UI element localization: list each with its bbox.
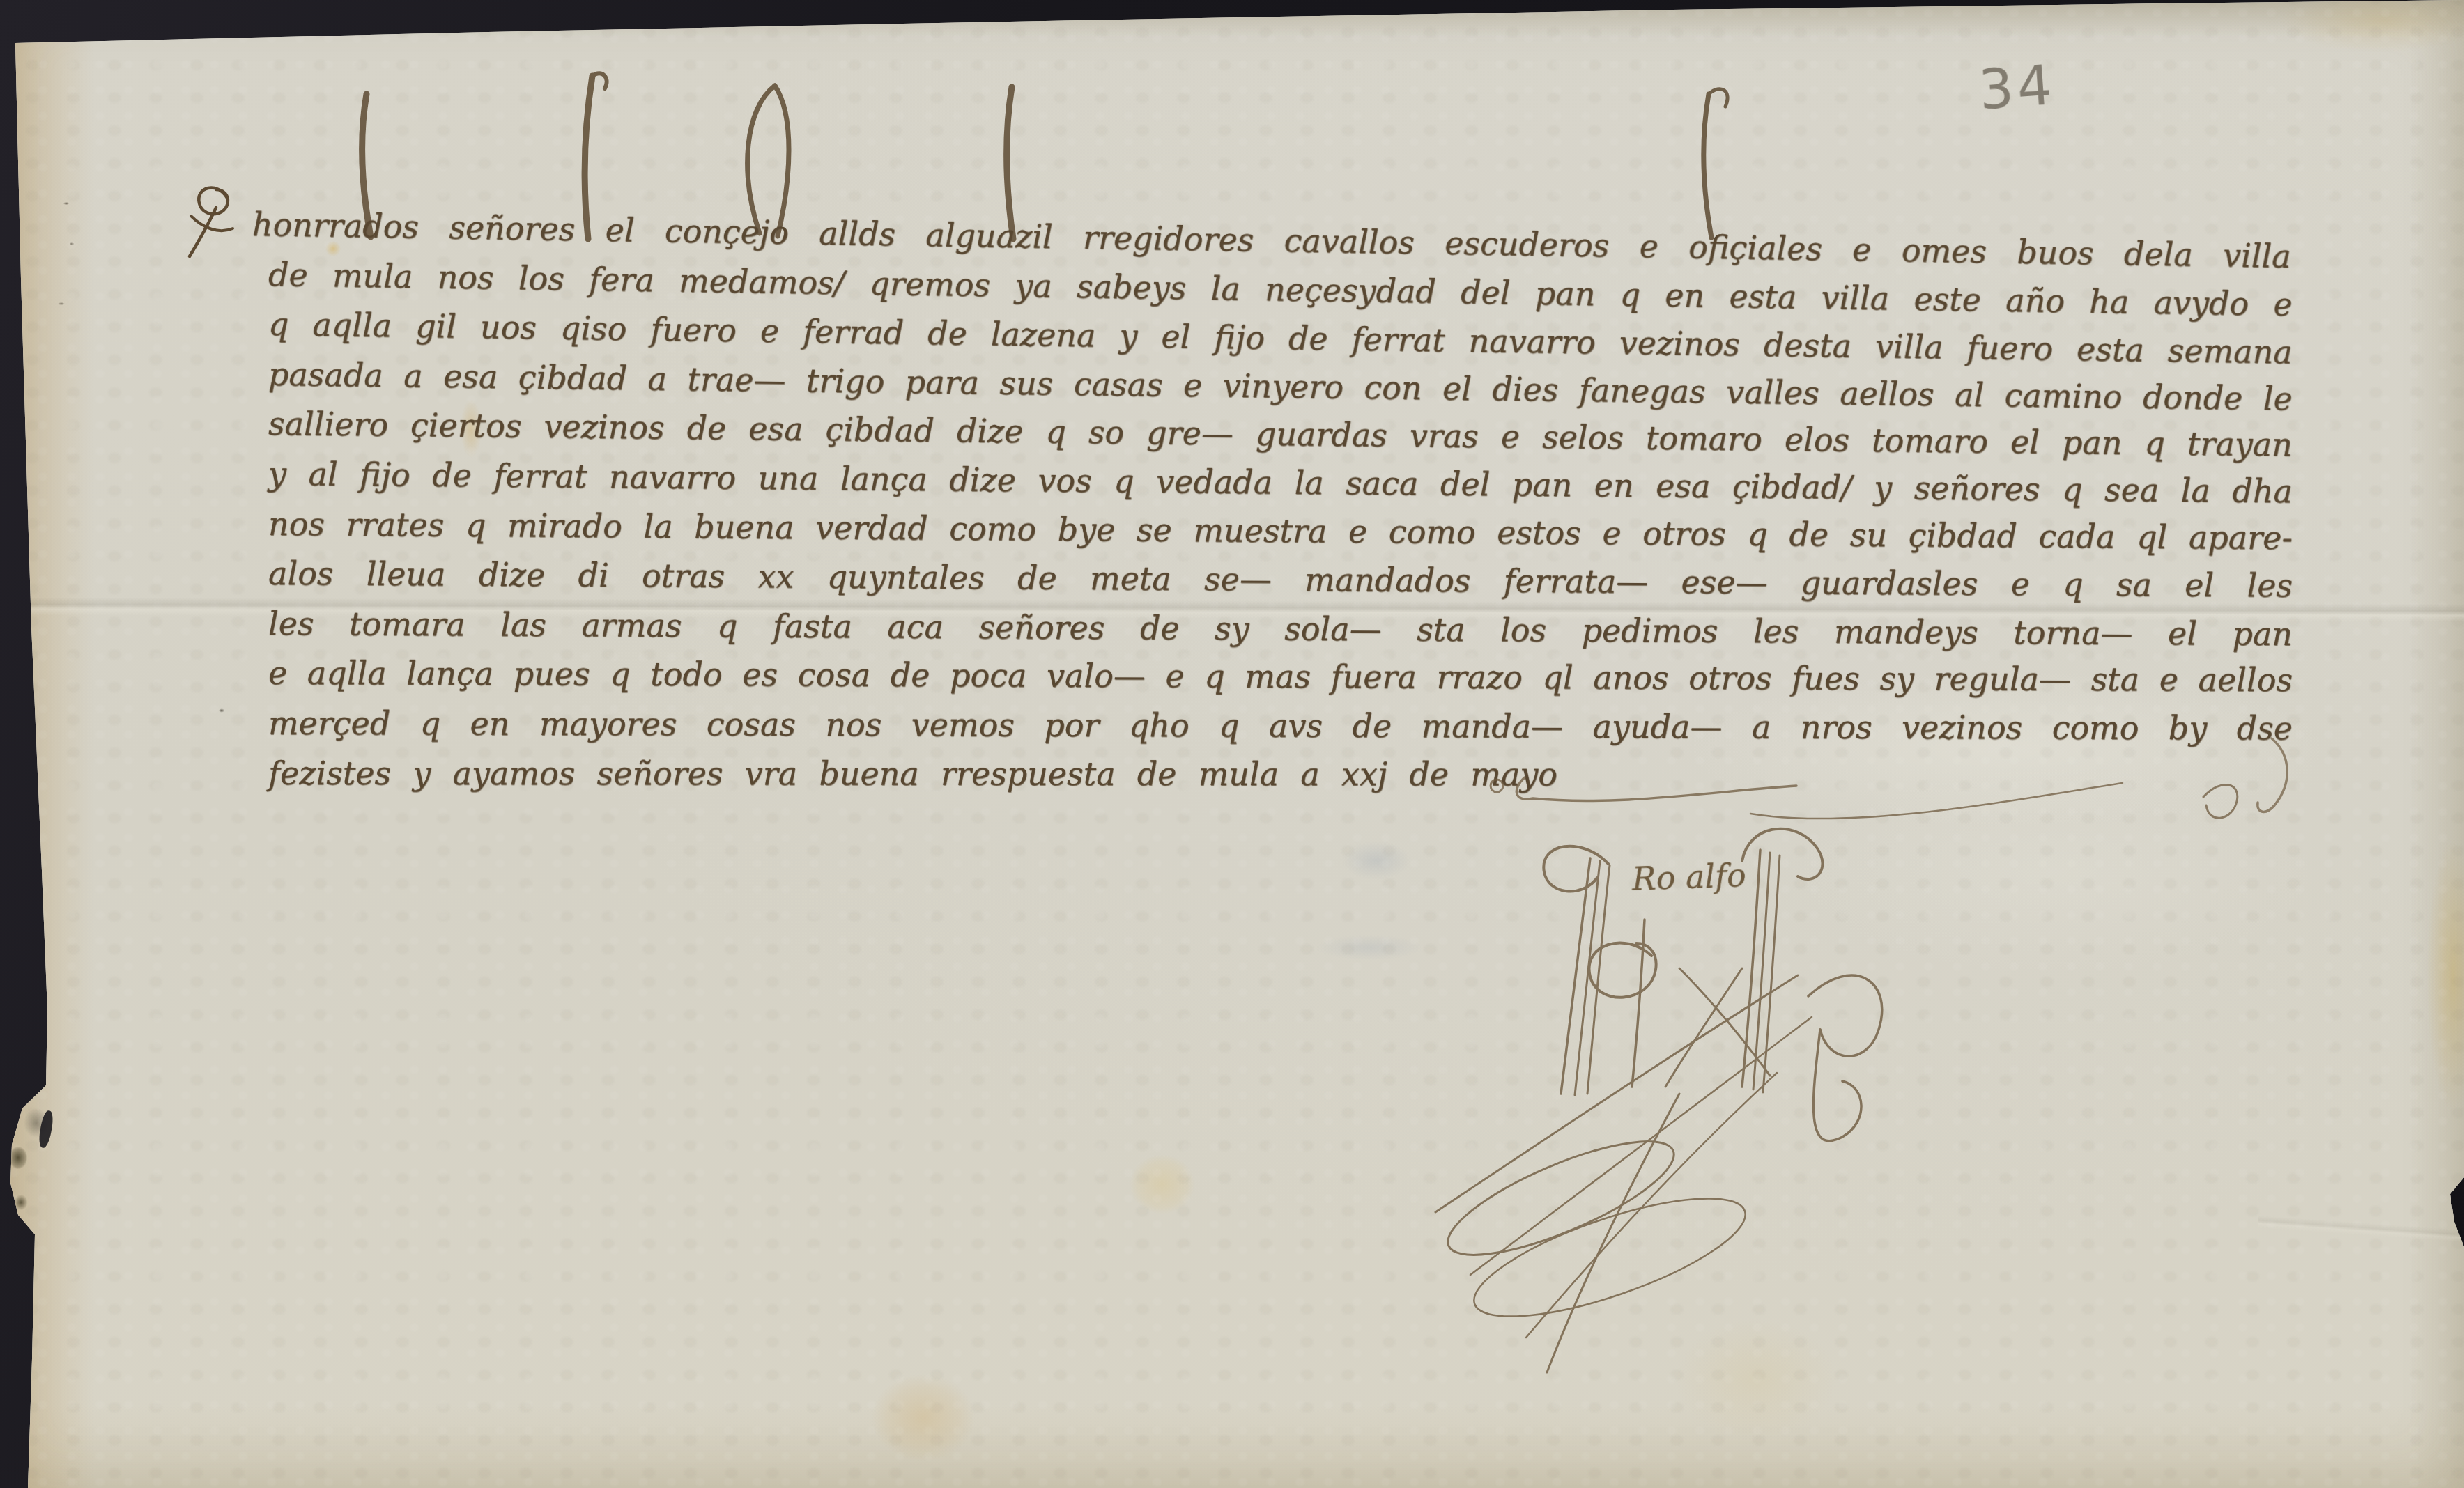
line-end-flourish xyxy=(2251,731,2313,829)
paper-tear xyxy=(37,1110,54,1149)
page-number-pencil: 34 xyxy=(1977,59,2056,118)
invocation-cross-icon xyxy=(183,183,249,263)
manuscript-line: merçed q en mayores cosas nos vemos por … xyxy=(268,704,2293,750)
fold-crease-corner xyxy=(2258,1216,2464,1243)
manuscript-line: nos rrates q mirado la buena verdad como… xyxy=(268,504,2293,559)
document-page: 34 honrrados señores el conçejo allds al… xyxy=(0,0,2464,1488)
signature-rubric xyxy=(1352,794,1923,1379)
manuscript-line: fezistes y ayamos señores vra buena rres… xyxy=(268,754,1557,796)
manuscript-line: y al fijo de ferrat navarro una lança di… xyxy=(268,454,2293,512)
manuscript-line: e aqlla lança pues q todo es cosa de poc… xyxy=(268,653,2293,701)
scan-background: 34 honrrados señores el conçejo allds al… xyxy=(0,0,2464,1488)
